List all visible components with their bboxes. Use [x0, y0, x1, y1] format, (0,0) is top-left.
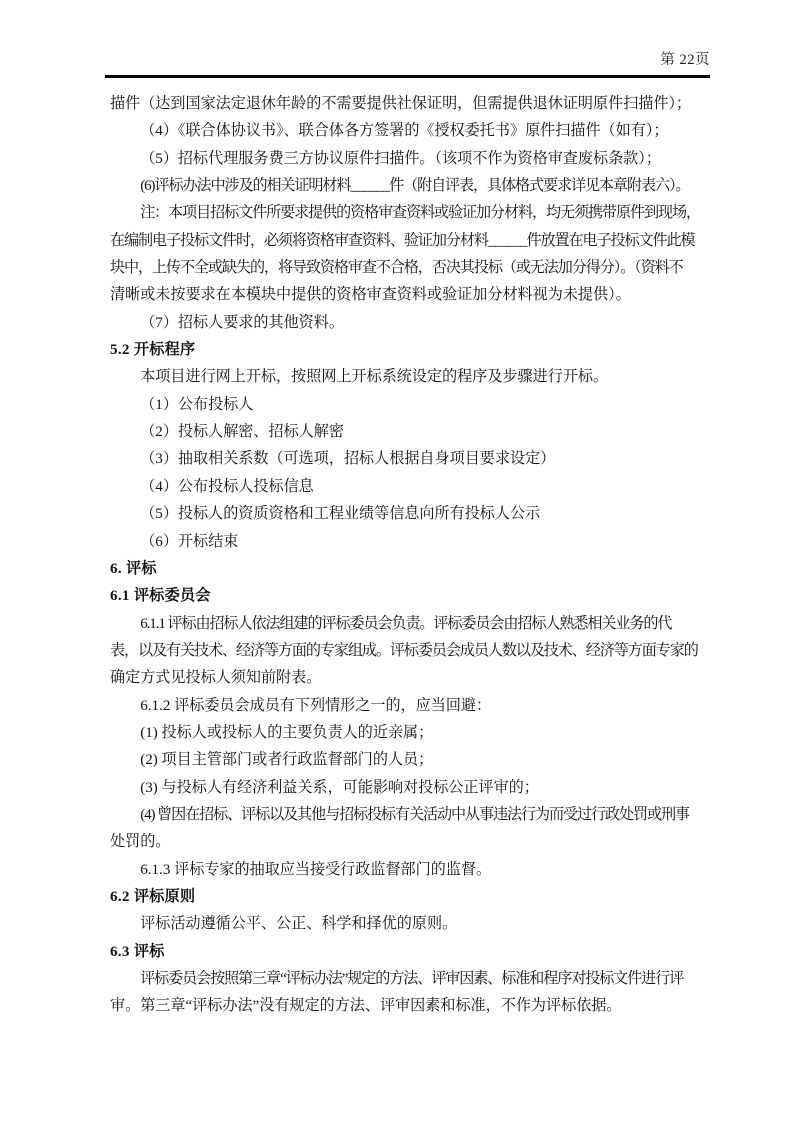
note-line: 清晰或未按要求在本模块中提供的资格审查资料或验证加分材料视为未提供）。: [110, 282, 712, 309]
list-item: (4) 曾因在招标、评标以及其他与招标投标有关活动中从事违法行为而受过行政处罚或…: [110, 802, 712, 829]
list-item: （7）招标人要求的其他资料。: [110, 310, 712, 337]
list-item: (2) 项目主管部门或者行政监督部门的人员；: [110, 747, 712, 774]
section-heading: 6.1 评标委员会: [110, 583, 712, 610]
note-line: 在编制电子投标文件时，必须将资格审查资料、验证加分材料______件放置在电子投…: [110, 228, 712, 255]
paragraph-line: 本项目进行网上开标，按照网上开标系统设定的程序及步骤进行开标。: [110, 364, 712, 391]
section-heading: 6. 评标: [110, 556, 712, 583]
paragraph-line: 6.1.3 评标专家的抽取应当接受行政监督部门的监督。: [110, 857, 712, 884]
list-item: （4）公布投标人投标信息: [110, 474, 712, 501]
list-item: （6）开标结束: [110, 529, 712, 556]
note-line: 块中，上传不全或缺失的，将导致资格审查不合格，否决其投标（或无法加分得分）。（资…: [110, 255, 712, 282]
page-number: 第 22页: [660, 48, 710, 69]
paragraph-line: 6.1.2 评标委员会成员有下列情形之一的，应当回避：: [110, 693, 712, 720]
list-item: （5）投标人的资质资格和工程业绩等信息向所有投标人公示: [110, 501, 712, 528]
list-item: （4）《联合体协议书》、联合体各方签署的《授权委托书》原件扫描件（如有）；: [110, 118, 712, 145]
section-heading: 5.2 开标程序: [110, 337, 712, 364]
list-item: （1）公布投标人: [110, 392, 712, 419]
list-item: (3) 与投标人有经济利益关系，可能影响对投标公正评审的；: [110, 775, 712, 802]
list-item: （2）投标人解密、招标人解密: [110, 419, 712, 446]
paragraph-line: 确定方式见投标人须知前附表。: [110, 665, 712, 692]
list-item: (1) 投标人或投标人的主要负责人的近亲属；: [110, 720, 712, 747]
note-line: 注：本项目招标文件所要求提供的资格审查资料或验证加分材料，均无须携带原件到现场，: [110, 200, 712, 227]
list-item: （5）招标代理服务费三方协议原件扫描件。（该项不作为资格审查废标条款）；: [110, 146, 712, 173]
paragraph-line: 描件（达到国家法定退休年龄的不需要提供社保证明，但需提供退休证明原件扫描件）；: [110, 91, 712, 118]
section-heading: 6.3 评标: [110, 939, 712, 966]
document-body: 描件（达到国家法定退休年龄的不需要提供社保证明，但需提供退休证明原件扫描件）； …: [110, 91, 712, 1021]
paragraph-line: 表，以及有关技术、经济等方面的专家组成。评标委员会成员人数以及技术、经济等方面专…: [110, 638, 712, 665]
paragraph-line: 审。第三章“评标办法”没有规定的方法、评审因素和标准，不作为评标依据。: [110, 993, 712, 1020]
header-rule: [105, 75, 710, 78]
list-item: （3）抽取相关系数（可选项，招标人根据自身项目要求设定）: [110, 446, 712, 473]
section-heading: 6.2 评标原则: [110, 884, 712, 911]
paragraph-line: 6.1.1 评标由招标人依法组建的评标委员会负责。评标委员会由招标人熟悉相关业务…: [110, 611, 712, 638]
paragraph-line: 处罚的。: [110, 829, 712, 856]
document-page: 第 22页 描件（达到国家法定退休年龄的不需要提供社保证明，但需提供退休证明原件…: [0, 0, 793, 1122]
paragraph-line: 评标委员会按照第三章“评标办法”规定的方法、评审因素、标准和程序对投标文件进行评: [110, 966, 712, 993]
paragraph-line: 评标活动遵循公平、公正、科学和择优的原则。: [110, 911, 712, 938]
list-item: (6)评标办法中涉及的相关证明材料______件（附自评表，具体格式要求详见本章…: [110, 173, 712, 200]
